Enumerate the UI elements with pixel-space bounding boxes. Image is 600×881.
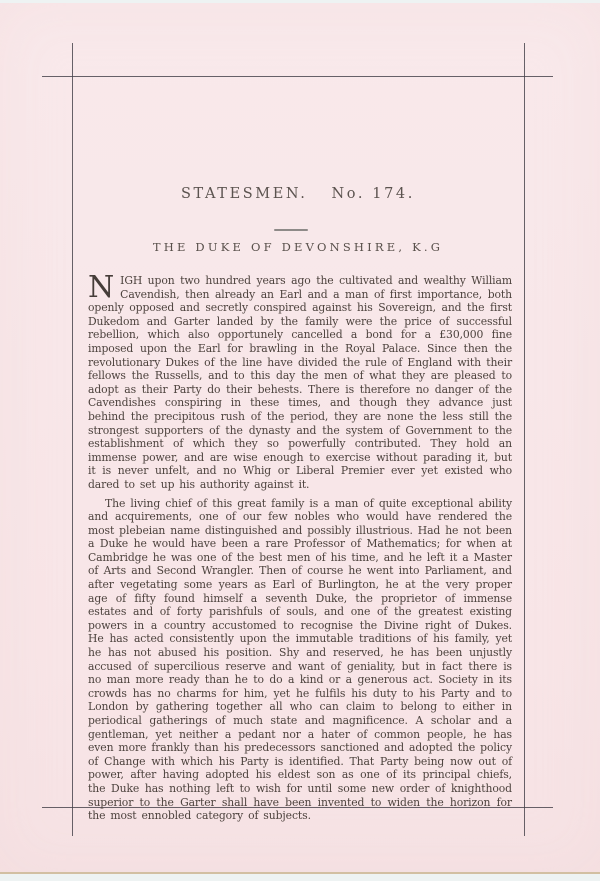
drop-cap: N: [88, 274, 120, 300]
paper-card: STATESMEN.No. 174. THE DUKE OF DEVONSHIR…: [0, 3, 600, 874]
title-divider-rule: [274, 229, 308, 231]
series-number: No. 174.: [332, 186, 415, 202]
paragraph-2: The living chief of this great family is…: [88, 497, 512, 823]
scanned-page-photo: STATESMEN.No. 174. THE DUKE OF DEVONSHIR…: [0, 0, 600, 881]
page-subtitle: THE DUKE OF DEVONSHIRE, K.G: [72, 240, 524, 254]
frame-left-line: [72, 43, 74, 836]
paragraph-1: NIGH upon two hundred years ago the cult…: [88, 274, 512, 492]
series-title: STATESMEN.: [181, 186, 307, 202]
frame-right-line: [524, 43, 526, 836]
series-title-row: STATESMEN.No. 174.: [72, 186, 524, 202]
article-body: NIGH upon two hundred years ago the cult…: [88, 274, 512, 823]
paragraph-1-text: IGH upon two hundred years ago the culti…: [88, 274, 512, 491]
frame-top-line: [42, 76, 553, 78]
